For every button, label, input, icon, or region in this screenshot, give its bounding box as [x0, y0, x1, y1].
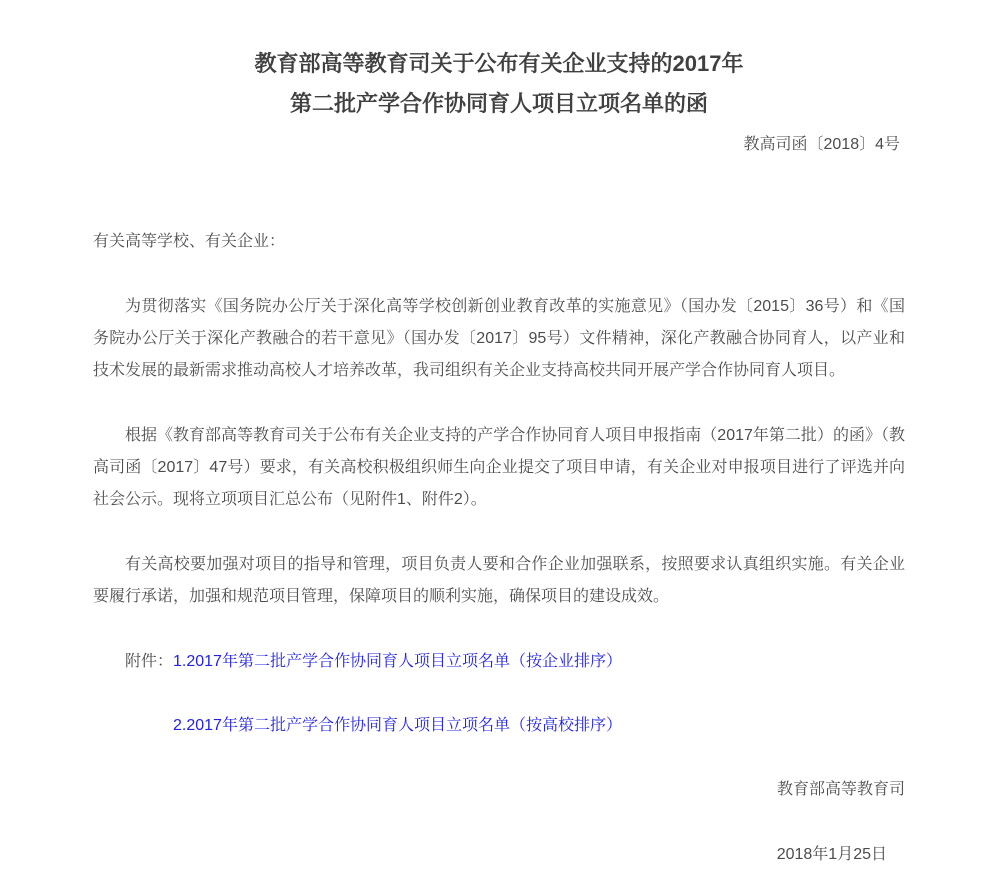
- document-title-line-2: 第二批产学合作协同育人项目立项名单的函: [93, 84, 905, 124]
- body-paragraph: 为贯彻落实《国务院办公厅关于深化高等学校创新创业教育改革的实施意见》（国办发〔2…: [93, 291, 905, 387]
- document-number: 教高司函〔2018〕4号: [93, 129, 900, 161]
- attachment-link-2[interactable]: 2.2017年第二批产学合作协同育人项目立项名单（按高校排序）: [173, 717, 622, 734]
- attachment-line-1: 附件：1.2017年第二批产学合作协同育人项目立项名单（按企业排序）: [93, 646, 905, 678]
- attachment-label: 附件：: [125, 653, 173, 670]
- issuer-signature: 教育部高等教育司: [93, 774, 905, 806]
- body-paragraph: 有关高校要加强对项目的指导和管理，项目负责人要和合作企业加强联系，按照要求认真组…: [93, 549, 905, 613]
- document-title-line-1: 教育部高等教育司关于公布有关企业支持的2017年: [93, 44, 905, 84]
- attachment-link-1[interactable]: 1.2017年第二批产学合作协同育人项目立项名单（按企业排序）: [173, 653, 622, 670]
- document-page: 教育部高等教育司关于公布有关企业支持的2017年 第二批产学合作协同育人项目立项…: [0, 0, 987, 883]
- body-paragraph: 根据《教育部高等教育司关于公布有关企业支持的产学合作协同育人项目申报指南（201…: [93, 420, 905, 516]
- issue-date: 2018年1月25日: [93, 839, 887, 871]
- document-title: 教育部高等教育司关于公布有关企业支持的2017年 第二批产学合作协同育人项目立项…: [93, 44, 905, 124]
- salutation: 有关高等学校、有关企业：: [93, 226, 905, 258]
- attachment-line-2: 2.2017年第二批产学合作协同育人项目立项名单（按高校排序）: [93, 710, 905, 742]
